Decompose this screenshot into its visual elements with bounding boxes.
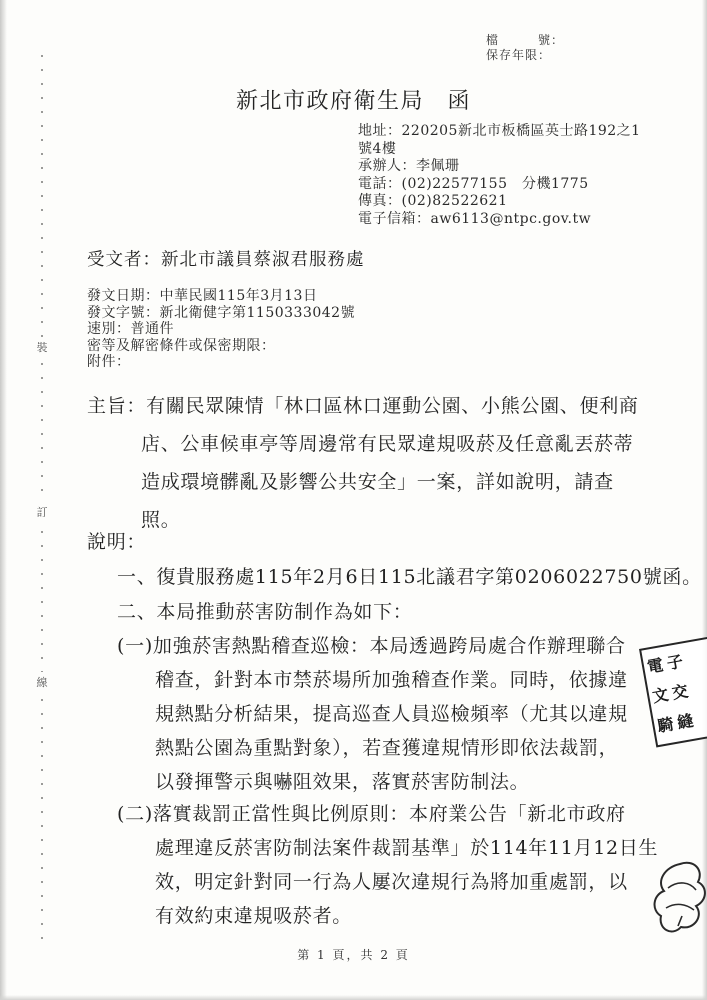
binding-mark-ding: 訂 — [35, 502, 49, 522]
sub-item-1-line: 熱點公園為重點對象），若查獲違規情形即依法裁罰， — [155, 733, 618, 760]
sub-item-2-line: 處理違反菸害防制法案件裁罰基準」於114年11月12日生 — [155, 833, 658, 860]
attachment-label: 附件： — [87, 354, 355, 371]
sender-address-line1: 地址：220205新北市板橋區英士路192之1 — [358, 123, 641, 141]
sub-item-1-line: (一)加強菸害熱點稽查巡檢：本局透過跨局處合作辦理聯合 — [117, 631, 626, 658]
binding-mark-xian: 線 — [35, 672, 49, 692]
binding-mark-zhuang: 裝 — [35, 337, 49, 357]
sub-item-2-line: (二)落實裁罰正當性與比例原則：本府業公告「新北市政府 — [117, 799, 626, 826]
issue-number: 發文字號：新北衛健字第1150333042號 — [87, 305, 355, 322]
scan-edge-right — [702, 0, 707, 1000]
sender-address-line2: 號4樓 — [358, 141, 641, 159]
official-letter-page: 裝 訂 線 檔 號： 保存年限： 新北市政府衛生局 函 地址：220205新北市… — [0, 0, 707, 1000]
binding-dotted-line — [41, 55, 43, 945]
explanation-item-2: 二、本局推動菸害防制作為如下： — [117, 597, 413, 624]
archive-label-block: 檔 號： 保存年限： — [486, 33, 564, 63]
ink-blob-mark-icon — [650, 858, 707, 943]
stamp-char: 電 — [644, 650, 667, 683]
stamp-char: 子 — [664, 647, 687, 680]
sender-email: 電子信箱：aw6113@ntpc.gov.tw — [358, 211, 641, 229]
stamp-char: 文 — [649, 680, 672, 713]
sub-item-1-line: 以發揮警示與嚇阻效果，落實菸害防制法。 — [155, 767, 529, 794]
stamp-char: 交 — [669, 676, 692, 709]
sender-contact-block: 地址：220205新北市板橋區英士路192之1 號4樓 承辦人：李佩珊 電話：(… — [358, 123, 641, 229]
file-number-label: 檔 號： — [486, 33, 564, 48]
sub-item-2-line: 有效約束違規吸菸者。 — [155, 901, 352, 928]
stamp-char: 騎 — [654, 709, 677, 742]
stamp-char: 縫 — [674, 706, 697, 739]
subject-line: 照。 — [141, 505, 180, 532]
scan-edge-left — [0, 0, 7, 1000]
sender-fax: 傳真：(02)82522621 — [358, 193, 641, 211]
page-number-footer: 第 1 頁，共 2 頁 — [0, 946, 707, 963]
electronic-exchange-stamp-icon: 電 文 騎 子 交 縫 — [639, 636, 707, 747]
sub-item-1-line: 稽查，針對本市禁菸場所加強稽查作業。同時，依據違 — [155, 665, 628, 692]
sub-item-2-line: 效，明定針對同一行為人屢次違規行為將加重處罰，以 — [155, 867, 628, 894]
recipient-line: 受文者：新北市議員蔡淑君服務處 — [87, 246, 365, 271]
sender-contact-person: 承辦人：李佩珊 — [358, 158, 641, 176]
scan-edge-bottom — [0, 995, 707, 1000]
document-meta-block: 發文日期：中華民國115年3月13日 發文字號：新北衛健字第1150333042… — [87, 288, 355, 371]
explanation-item-1: 一、復貴服務處115年2月6日115北議君字第0206022750號函。 — [117, 562, 702, 589]
subject-line: 造成環境髒亂及影響公共安全」一案，詳如說明，請查 — [141, 467, 614, 494]
subject-line: 主旨：有關民眾陳情「林口區林口運動公園、小熊公園、便利商 — [87, 391, 639, 418]
issue-date: 發文日期：中華民國115年3月13日 — [87, 288, 355, 305]
security-class: 密等及解密條件或保密期限： — [87, 338, 355, 355]
sub-item-1-line: 規熱點分析結果，提高巡查人員巡檢頻率（尤其以違規 — [155, 699, 628, 726]
explanation-heading: 說明： — [87, 527, 146, 554]
subject-line: 店、公車候車亭等周邊常有民眾違規吸菸及任意亂丟菸蒂 — [141, 429, 634, 456]
sender-phone: 電話：(02)22577155 分機1775 — [358, 176, 641, 194]
retention-period-label: 保存年限： — [486, 48, 564, 63]
speed-class: 速別：普通件 — [87, 321, 355, 338]
document-title: 新北市政府衛生局 函 — [0, 84, 707, 115]
